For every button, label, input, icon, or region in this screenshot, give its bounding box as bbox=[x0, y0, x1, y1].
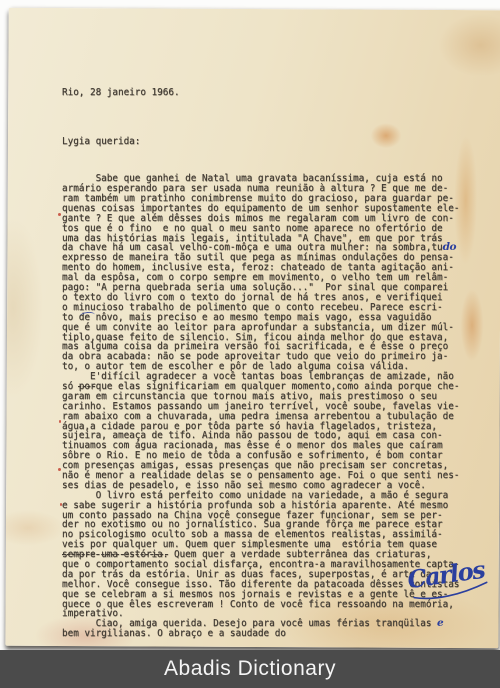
caption-label: Abadis Dictionary bbox=[164, 657, 336, 681]
red-ink-speck bbox=[58, 468, 61, 471]
letter-line: bem virgilianas. O abraço e a saudade do bbox=[62, 629, 472, 639]
red-ink-speck bbox=[60, 503, 62, 506]
letter-date: Rio, 28 janeiro 1966. bbox=[62, 88, 472, 98]
caption-bar: Abadis Dictionary bbox=[0, 650, 500, 688]
red-ink-speck bbox=[59, 420, 61, 423]
letter-photograph: Rio, 28 janeiro 1966. Lygia querida: Sab… bbox=[0, 0, 500, 650]
red-ink-speck bbox=[58, 213, 61, 216]
letter-salutation: Lygia querida: bbox=[62, 137, 472, 147]
